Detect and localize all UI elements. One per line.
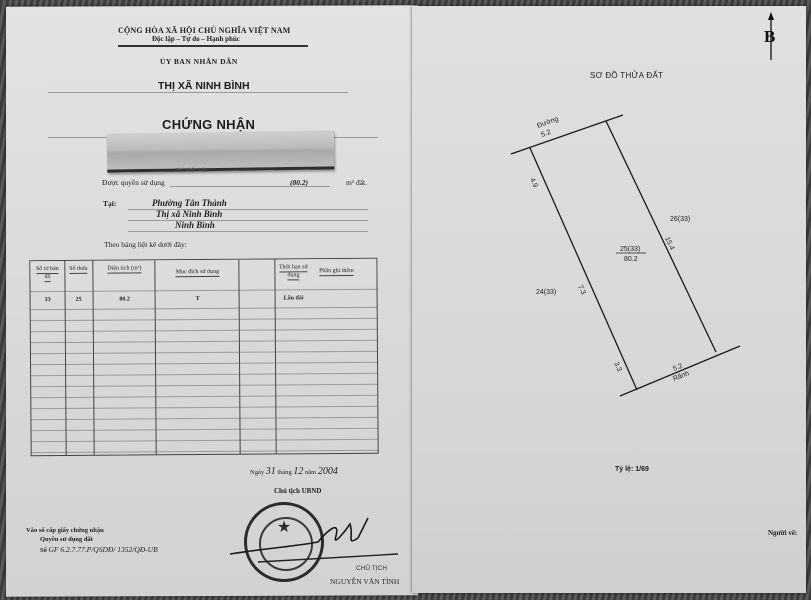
issue-date: Ngày 31 tháng 12 năm 2004 bbox=[250, 466, 338, 477]
signatory-label: Chủ tịch UBND bbox=[274, 487, 321, 495]
town-rule bbox=[48, 92, 348, 93]
land-area-unit: m² đất. bbox=[346, 178, 367, 187]
svg-text:25(33): 25(33) bbox=[620, 246, 640, 253]
drawer-label: Người vẽ: bbox=[768, 529, 797, 537]
header-parcel-no: Số thửa bbox=[66, 265, 90, 273]
header-rule bbox=[118, 45, 308, 47]
location-province: Ninh Bình bbox=[175, 220, 215, 230]
certificate-title: CHỨNG NHẬN bbox=[162, 117, 255, 132]
town-name: THỊ XÃ NINH BÌNH bbox=[158, 80, 250, 92]
svg-text:4.9: 4.9 bbox=[528, 177, 538, 189]
map-scale: Tỷ lệ: 1/69 bbox=[615, 466, 649, 473]
owner-name-obscured: Phí Nhật Tân bbox=[175, 168, 207, 174]
signer-name: NGUYỄN VĂN TÌNH bbox=[330, 577, 399, 586]
col-divider bbox=[64, 261, 66, 455]
land-area-value: (80.2) bbox=[290, 178, 308, 187]
registration-number: Số GF 6.2.7.77.P/QSDĐ/ 1352/QĐ-UB bbox=[40, 545, 158, 554]
location-town: Thị xã Ninh Bình bbox=[156, 209, 222, 219]
issue-year: 2004 bbox=[318, 466, 338, 477]
col-divider bbox=[92, 261, 94, 455]
signature-icon bbox=[228, 510, 408, 570]
location-rule-3 bbox=[128, 231, 368, 232]
authority-label: ỦY BAN NHÂN DÂN bbox=[160, 57, 238, 66]
svg-text:26(33): 26(33) bbox=[670, 216, 690, 223]
parcel-diagram: Đường 5.2 4.9 7.3 3.3 15.4 25(33) 80.2 2… bbox=[412, 6, 806, 446]
svg-text:80.2: 80.2 bbox=[624, 256, 638, 263]
redaction-tape bbox=[107, 130, 335, 172]
parcel-table: Số tờ bản đồ Số thửa Diện tích (m²) Mục … bbox=[29, 258, 378, 456]
svg-text:Đường: Đường bbox=[536, 116, 559, 130]
cell-parcel-no: 25 bbox=[67, 297, 91, 303]
motto: Độc lập – Tự do – Hạnh phúc bbox=[152, 35, 240, 43]
signer-title: CHỦ TỊCH bbox=[356, 565, 387, 572]
cell-term: Lâu dài bbox=[277, 295, 311, 301]
cell-map-sheet: 33 bbox=[33, 297, 63, 303]
col-divider bbox=[274, 259, 276, 453]
location-label: Tại: bbox=[103, 199, 116, 208]
header-area: Diện tích (m²) bbox=[96, 264, 152, 272]
land-use-label: Được quyền sử dụng bbox=[102, 178, 165, 187]
header-map-sheet: Số tờ bản đồ bbox=[32, 265, 62, 281]
header-notes: Phần ghi thêm bbox=[298, 267, 374, 276]
header-purpose: Mục đích sử dụng bbox=[158, 268, 236, 277]
svg-text:3.3: 3.3 bbox=[612, 361, 622, 373]
table-intro: Theo bảng liệt kê dưới đây: bbox=[104, 240, 187, 249]
registration-line-2: Quyền sử dụng đất bbox=[40, 536, 93, 543]
svg-text:5.2: 5.2 bbox=[540, 129, 552, 139]
svg-text:7.3: 7.3 bbox=[576, 284, 586, 296]
location-ward: Phường Tân Thành bbox=[152, 198, 227, 208]
location-rule-2 bbox=[128, 220, 368, 221]
issue-month: 12 bbox=[293, 466, 303, 477]
col-divider bbox=[154, 260, 156, 454]
cell-purpose: T bbox=[159, 296, 237, 303]
issue-day: 31 bbox=[266, 466, 276, 477]
cell-area: 80.2 bbox=[97, 296, 153, 302]
registration-line-1: Vào sổ cấp giấy chứng nhận bbox=[26, 527, 104, 534]
svg-text:24(33): 24(33) bbox=[536, 289, 556, 296]
country-header: CỘNG HÒA XÃ HỘI CHỦ NGHĨA VIỆT NAM bbox=[118, 26, 291, 35]
col-divider bbox=[238, 260, 240, 454]
